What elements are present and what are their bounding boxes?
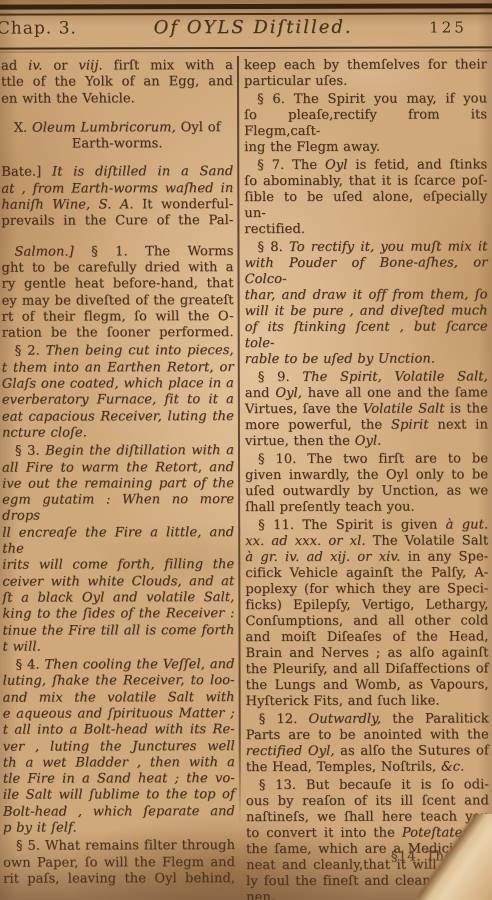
text-line: § 5. What remains filter through (3, 838, 235, 855)
para-section-5: § 5. What remains filter throughown Pape… (3, 838, 235, 887)
text-line: ght to be carefully dried with a (2, 260, 234, 277)
text-line: haniſh Wine, S. A. It wonderful- (1, 197, 233, 214)
text-line: t them into an Earthen Retort, or (2, 360, 234, 377)
top-rule-thin (0, 12, 492, 15)
text-line: to convert it into the Poteſtates of (246, 825, 489, 842)
text-line: § 3. Begin the diſtillation with a (2, 443, 234, 460)
text-line: ly foul the fineſt and cleanneſt Lin- (246, 873, 489, 890)
text-line: king to the ſides of the Receiver : (2, 606, 234, 623)
text-line: Earth-worms. (1, 136, 233, 153)
text-line: Hyſterick Fits, and ſuch like. (246, 693, 489, 710)
text-line: ſhall preſently teach you. (245, 499, 488, 516)
text-line: ver , luting the Junctures well (3, 739, 235, 756)
text-line: Salmon.] § 1. The Worms (1, 244, 233, 261)
text-line: à gr. iv. ad xij. or xiv. in any Spe- (245, 549, 488, 566)
text-line: all Fire to warm the Retort, and (2, 460, 234, 477)
text-line: en with the Vehicle. (1, 91, 233, 108)
top-rule-thick (0, 3, 492, 9)
text-line: ſo abominably, that it is ſcarce poſ- (244, 173, 487, 190)
text-line: § 9. The Spirit, Volatile Salt, (245, 369, 488, 386)
header-rule-faint (0, 50, 492, 52)
text-line: keep each by themſelves for their (244, 57, 487, 74)
text-line: § 8. To rectify it, you muſt mix it (244, 239, 487, 256)
text-line: ration be the ſooner performed. (2, 325, 234, 342)
text-line: § 6. The Spirit you may, if you (244, 91, 487, 108)
para-salmon-section-1: Salmon.] § 1. The Wormsght to be careful… (1, 244, 233, 342)
text-line: § 13. But becauſe it is ſo odi- (246, 777, 489, 794)
text-line: § 12. Outwardly, the Paralitick (246, 711, 489, 728)
text-line: nen. (246, 889, 489, 900)
text-line: virtue, then the Oyl. (245, 433, 488, 450)
text-line: xx. ad xxx. or xl. The Volatile Salt (245, 533, 488, 550)
text-line: th a wet Bladder , then with a (3, 755, 235, 772)
para-section-11: § 11. The Spirit is given à gut.xx. ad x… (245, 517, 489, 710)
text-line: the Pleuriſy, and all Diſaffections of (246, 661, 489, 678)
text-line: own Paper, ſo will the Flegm and (3, 855, 235, 872)
text-line: given inwardly, the Oyl only to be (245, 467, 488, 484)
text-line: rectified Oyl, as alſo the Sutures of (246, 743, 489, 760)
text-line: tinue the Fire till all is come forth (2, 623, 234, 640)
para-section-4: § 4. Then cooling the Veſſel, andluting,… (3, 657, 235, 837)
text-line: X. Oleum Lumbricorum, Oyl of (1, 120, 233, 137)
left-column: ad iv. or viij. firſt mix with attle of … (0, 56, 239, 900)
text-line: e aqueous and ſpirituous Matter ; (3, 706, 235, 723)
text-line: ous by reaſon of its ill ſcent and (246, 793, 489, 810)
text-line: p by it ſelf. (3, 820, 235, 837)
text-line: and Oyl, have all one and the ſame (245, 385, 488, 402)
text-line: ncture cloſe. (2, 425, 234, 442)
text-line: ſt a black Oyl and volatile Salt, (2, 590, 234, 607)
running-header: Chap. 3. Of OYLS Diſtilled. 125 (0, 16, 491, 45)
text-line: Virtues, ſave the Volatile Salt is the (245, 401, 488, 418)
catchword: §14. Theſe (391, 848, 467, 864)
text-line: Bolt-head , which ſeparate and (3, 804, 235, 821)
text-line: particular uſes. (244, 73, 487, 90)
chapter-label: Chap. 3. (0, 18, 77, 38)
text-line: § 7. The Oyl is fetid, and ſtinks (244, 157, 487, 174)
text-line: rit paſs, leaving the Oyl behind, (3, 871, 235, 888)
text-line: tle Fire in a Sand heat ; the vo- (3, 771, 235, 788)
text-line: ſible to be uſed alone, eſpecially un- (244, 189, 487, 222)
text-line: ficks) Epilepſy, Vertigo, Lethargy, (245, 597, 488, 614)
text-line: § 11. The Spirit is given à gut. (245, 517, 488, 534)
text-line: will it be pure , and diveſted much (245, 303, 488, 320)
text-line: § 10. The two firſt are to be (245, 451, 488, 468)
para-section-9: § 9. The Spirit, Volatile Salt,and Oyl, … (245, 369, 488, 450)
text-line: ive out the remaining part of the (2, 476, 234, 493)
para-bate: Bate.] It is diſtilled in a Sandat , fro… (1, 165, 233, 231)
para-section-13: § 13. But becauſe it is ſo odi-ous by re… (246, 777, 489, 900)
text-line: ile Salt will ſublime to the top of (3, 787, 235, 804)
text-line: ing the Flegm away. (244, 139, 487, 156)
text-line: and mix the volatile Salt with (3, 690, 235, 707)
text-line: everberatory Furnace, fit to it a (2, 392, 234, 409)
text-line: ſo pleaſe,rectify from its Flegm,caſt- (244, 107, 487, 140)
page-title: Of OYLS Diſtilled. (77, 17, 429, 39)
text-line: eat capacious Receiver, luting the (2, 409, 234, 426)
para-section-7: § 7. The Oyl is fetid, and ſtinksſo abom… (244, 157, 487, 238)
text-line: Brain and Nerves ; as alſo againſt (246, 645, 489, 662)
text-line: t all into a Bolt-head with its Re- (3, 722, 235, 739)
text-line: rectified. (244, 221, 487, 238)
text-line: ttle of the Yolk of an Egg, and (1, 74, 233, 91)
text-line: poplexy (for which they are Speci- (245, 581, 488, 598)
para-continuation-uses: keep each by themſelves for theirparticu… (244, 57, 487, 90)
right-column: keep each by themſelves for theirparticu… (239, 55, 492, 900)
text-line: § 2. Then being cut into pieces, (2, 343, 234, 360)
text-line: at , from Earth-worms waſhed in (1, 181, 233, 198)
page-number: 125 (429, 18, 467, 36)
text-line: with Pouder of Bone-aſhes, or Colco- (244, 255, 487, 288)
para-section-8: § 8. To rectify it, you muſt mix itwith … (244, 239, 487, 368)
text-line: and moiſt Diſeaſes of the Head, (245, 629, 488, 646)
text-line: Bate.] It is diſtilled in a Sand (1, 165, 233, 182)
para-section-6: § 6. The Spirit you may, if youſo pleaſe… (244, 91, 487, 156)
text-line: naſtineſs, we ſhall here teach you (246, 809, 489, 826)
text-line: ry gentle heat before-hand, that (2, 276, 234, 293)
text-line: ll encreaſe the Fire a little, and the (2, 525, 234, 558)
para-section-12: § 12. Outwardly, the ParalitickParts are… (246, 711, 489, 776)
text-line: Conſumptions, and all other cold (245, 613, 488, 630)
text-line: Glaſs one coated, which place in a (2, 376, 234, 393)
text-line: ad iv. or viij. firſt mix with a (1, 58, 233, 75)
text-line: of its ſtinking ſcent , but ſcarce tole- (245, 319, 488, 352)
text-line: egm gutatim : When no more drops (2, 492, 234, 525)
para-dose-continuation: ad iv. or viij. firſt mix with attle of … (1, 58, 233, 107)
text-line: cifick Vehicle againſt the Palſy, A- (245, 565, 488, 582)
page-inner: Chap. 3. Of OYLS Diſtilled. 125 ad iv. o… (0, 0, 492, 900)
text-line: irits will come forth, filling the (2, 557, 234, 574)
para-section-10: § 10. The two firſt are to begiven inwar… (245, 451, 488, 516)
text-line: the Lungs and Womb, as Vapours, (246, 677, 489, 694)
text-line: more powerful, the Spirit next in (245, 417, 488, 434)
text-line: luting, ſhake the Receiver, to loo- (3, 673, 235, 690)
text-line: § 4. Then cooling the Veſſel, and (3, 657, 235, 674)
text-line: thar, and draw it off from them, ſo (245, 287, 488, 304)
text-line: Parts are to be anointed with the (246, 727, 489, 744)
header-rule (0, 46, 492, 49)
section-heading-oleum-lumbricorum: X. Oleum Lumbricorum, Oyl ofEarth-worms. (1, 120, 233, 153)
text-columns: ad iv. or viij. firſt mix with attle of … (0, 55, 492, 900)
text-line: uſed outwardly by Unction, as we (245, 483, 488, 500)
para-section-2: § 2. Then being cut into pieces,t them i… (2, 343, 234, 441)
text-line: ceiver with white Clouds, and at (2, 574, 234, 591)
text-line: t will. (2, 639, 234, 656)
para-section-3: § 3. Begin the diſtillation with aall Fi… (2, 443, 235, 655)
book-page-scan: Chap. 3. Of OYLS Diſtilled. 125 ad iv. o… (0, 0, 492, 900)
text-line: ey may be diveſted of the greateſt (2, 293, 234, 310)
text-line: the Head, Temples, Noſtrils, &c. (246, 759, 489, 776)
text-line: rable to be uſed by Unction. (245, 351, 488, 368)
text-line: prevails in the Cure of the Pal- (1, 213, 233, 230)
text-line: rt of their flegm, ſo will the O- (2, 309, 234, 326)
